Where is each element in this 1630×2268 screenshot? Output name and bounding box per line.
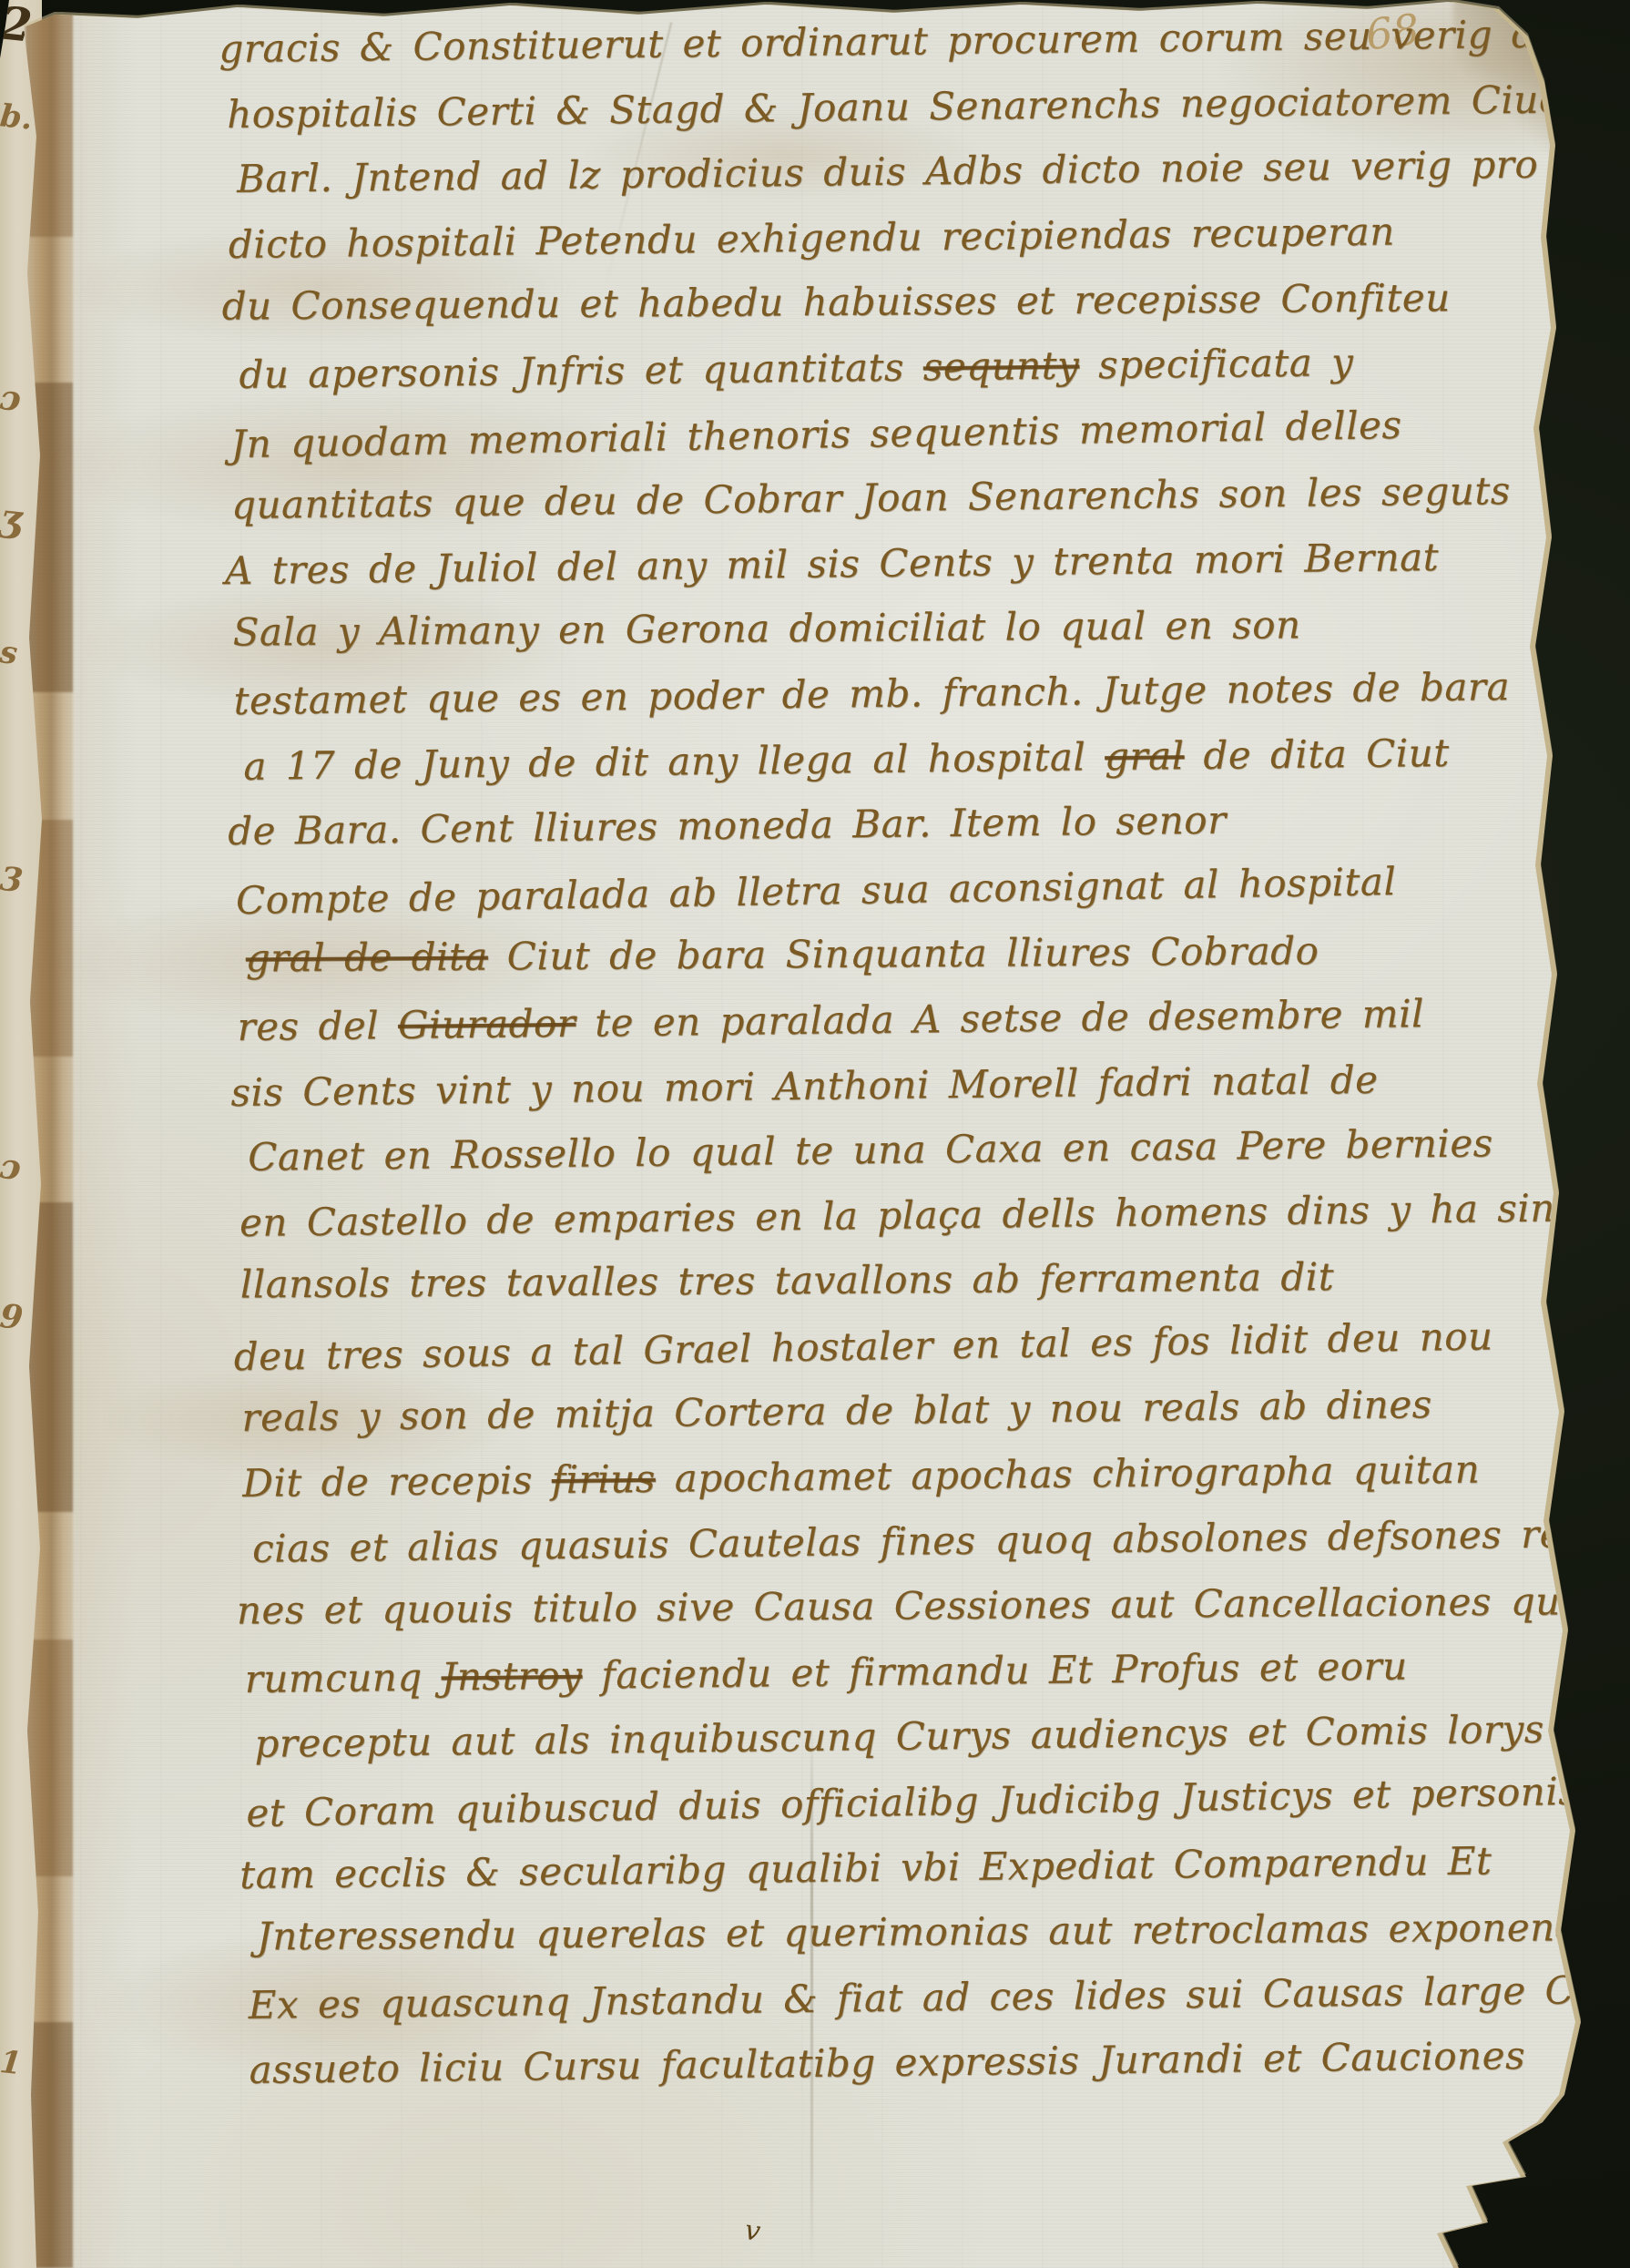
manuscript-page: 68 gracis & Constituerut et ordinarut pr… (0, 0, 1630, 2268)
text-block: gracis & Constituerut et ordinarut procu… (226, 0, 1630, 2103)
binding-stain-core (40, 36, 53, 2268)
struck-word: gral (1105, 733, 1185, 779)
manuscript-photo: 2b.ɔʒs3ɔ91 68 gracis & Constituerut et o… (0, 0, 1630, 2268)
struck-word: Jnstroy (441, 1653, 582, 1700)
manuscript-line: du Consequendu et habedu habuisses et re… (221, 264, 1630, 340)
check-mark: v (743, 2214, 763, 2248)
page-tear-rim: 68 gracis & Constituerut et ordinarut pr… (0, 0, 1630, 2268)
struck-word: sequnty (922, 342, 1079, 389)
manuscript-line: gral de dita Ciut de bara Sinquanta lliu… (245, 916, 1630, 992)
struck-word: gral de dita (246, 935, 488, 981)
manuscript-line: Jnteressendu querelas et querimonias aut… (257, 1895, 1630, 1970)
manuscript-line: nes et quouis titulo sive Causa Cessione… (237, 1568, 1630, 1644)
struck-word: firius (551, 1456, 656, 1502)
struck-word: Giurador (398, 1001, 576, 1047)
manuscript-line: Sala y Alimany en Gerona domiciliat lo q… (232, 590, 1630, 666)
